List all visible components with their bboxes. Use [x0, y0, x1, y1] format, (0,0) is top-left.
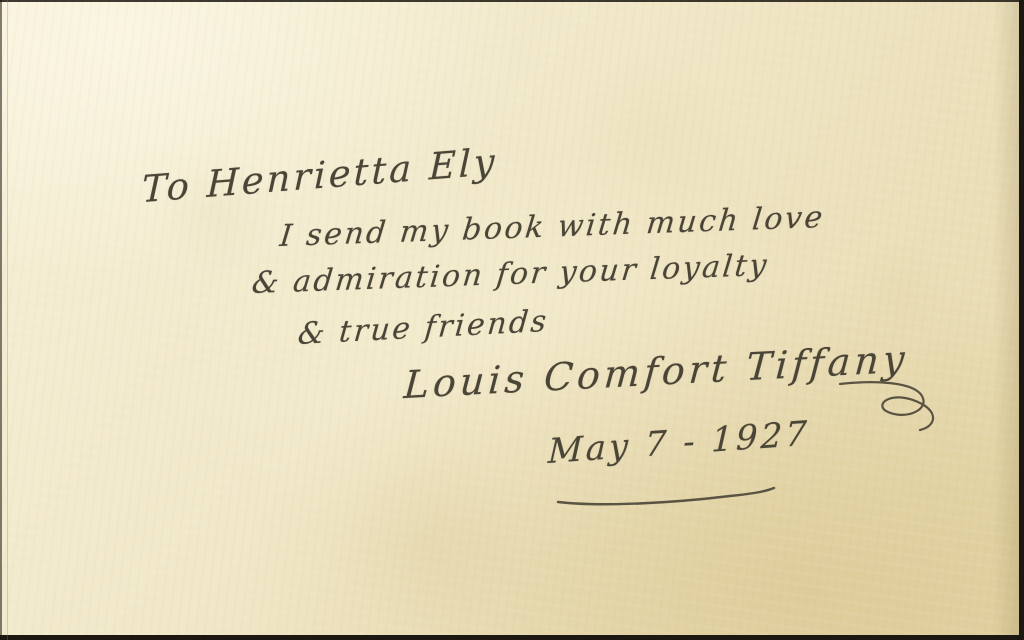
book-page-photo: To Henrietta Ely I send my book with muc…: [0, 0, 1024, 640]
inscription-recipient: To Henrietta Ely: [141, 140, 498, 211]
photo-edge-right: [1019, 0, 1024, 640]
right-edge-shading: [993, 0, 1019, 640]
inscription-signature: Louis Comfort Tiffany: [402, 336, 909, 407]
page-crease: [7, 0, 8, 640]
photo-edge-top: [0, 0, 1024, 2]
inscription-body-line-1: I send my book with much love: [278, 200, 826, 254]
photo-edge-left: [0, 0, 2, 640]
signature-flourish: [836, 378, 946, 448]
date-underline-flourish: [552, 486, 782, 512]
inscription-body-line-3: & true friends: [296, 304, 550, 352]
inscription-date: May 7 - 1927: [547, 414, 810, 472]
inscription-body-line-2: & admiration for your loyalty: [250, 248, 770, 301]
photo-edge-bottom: [0, 635, 1024, 640]
